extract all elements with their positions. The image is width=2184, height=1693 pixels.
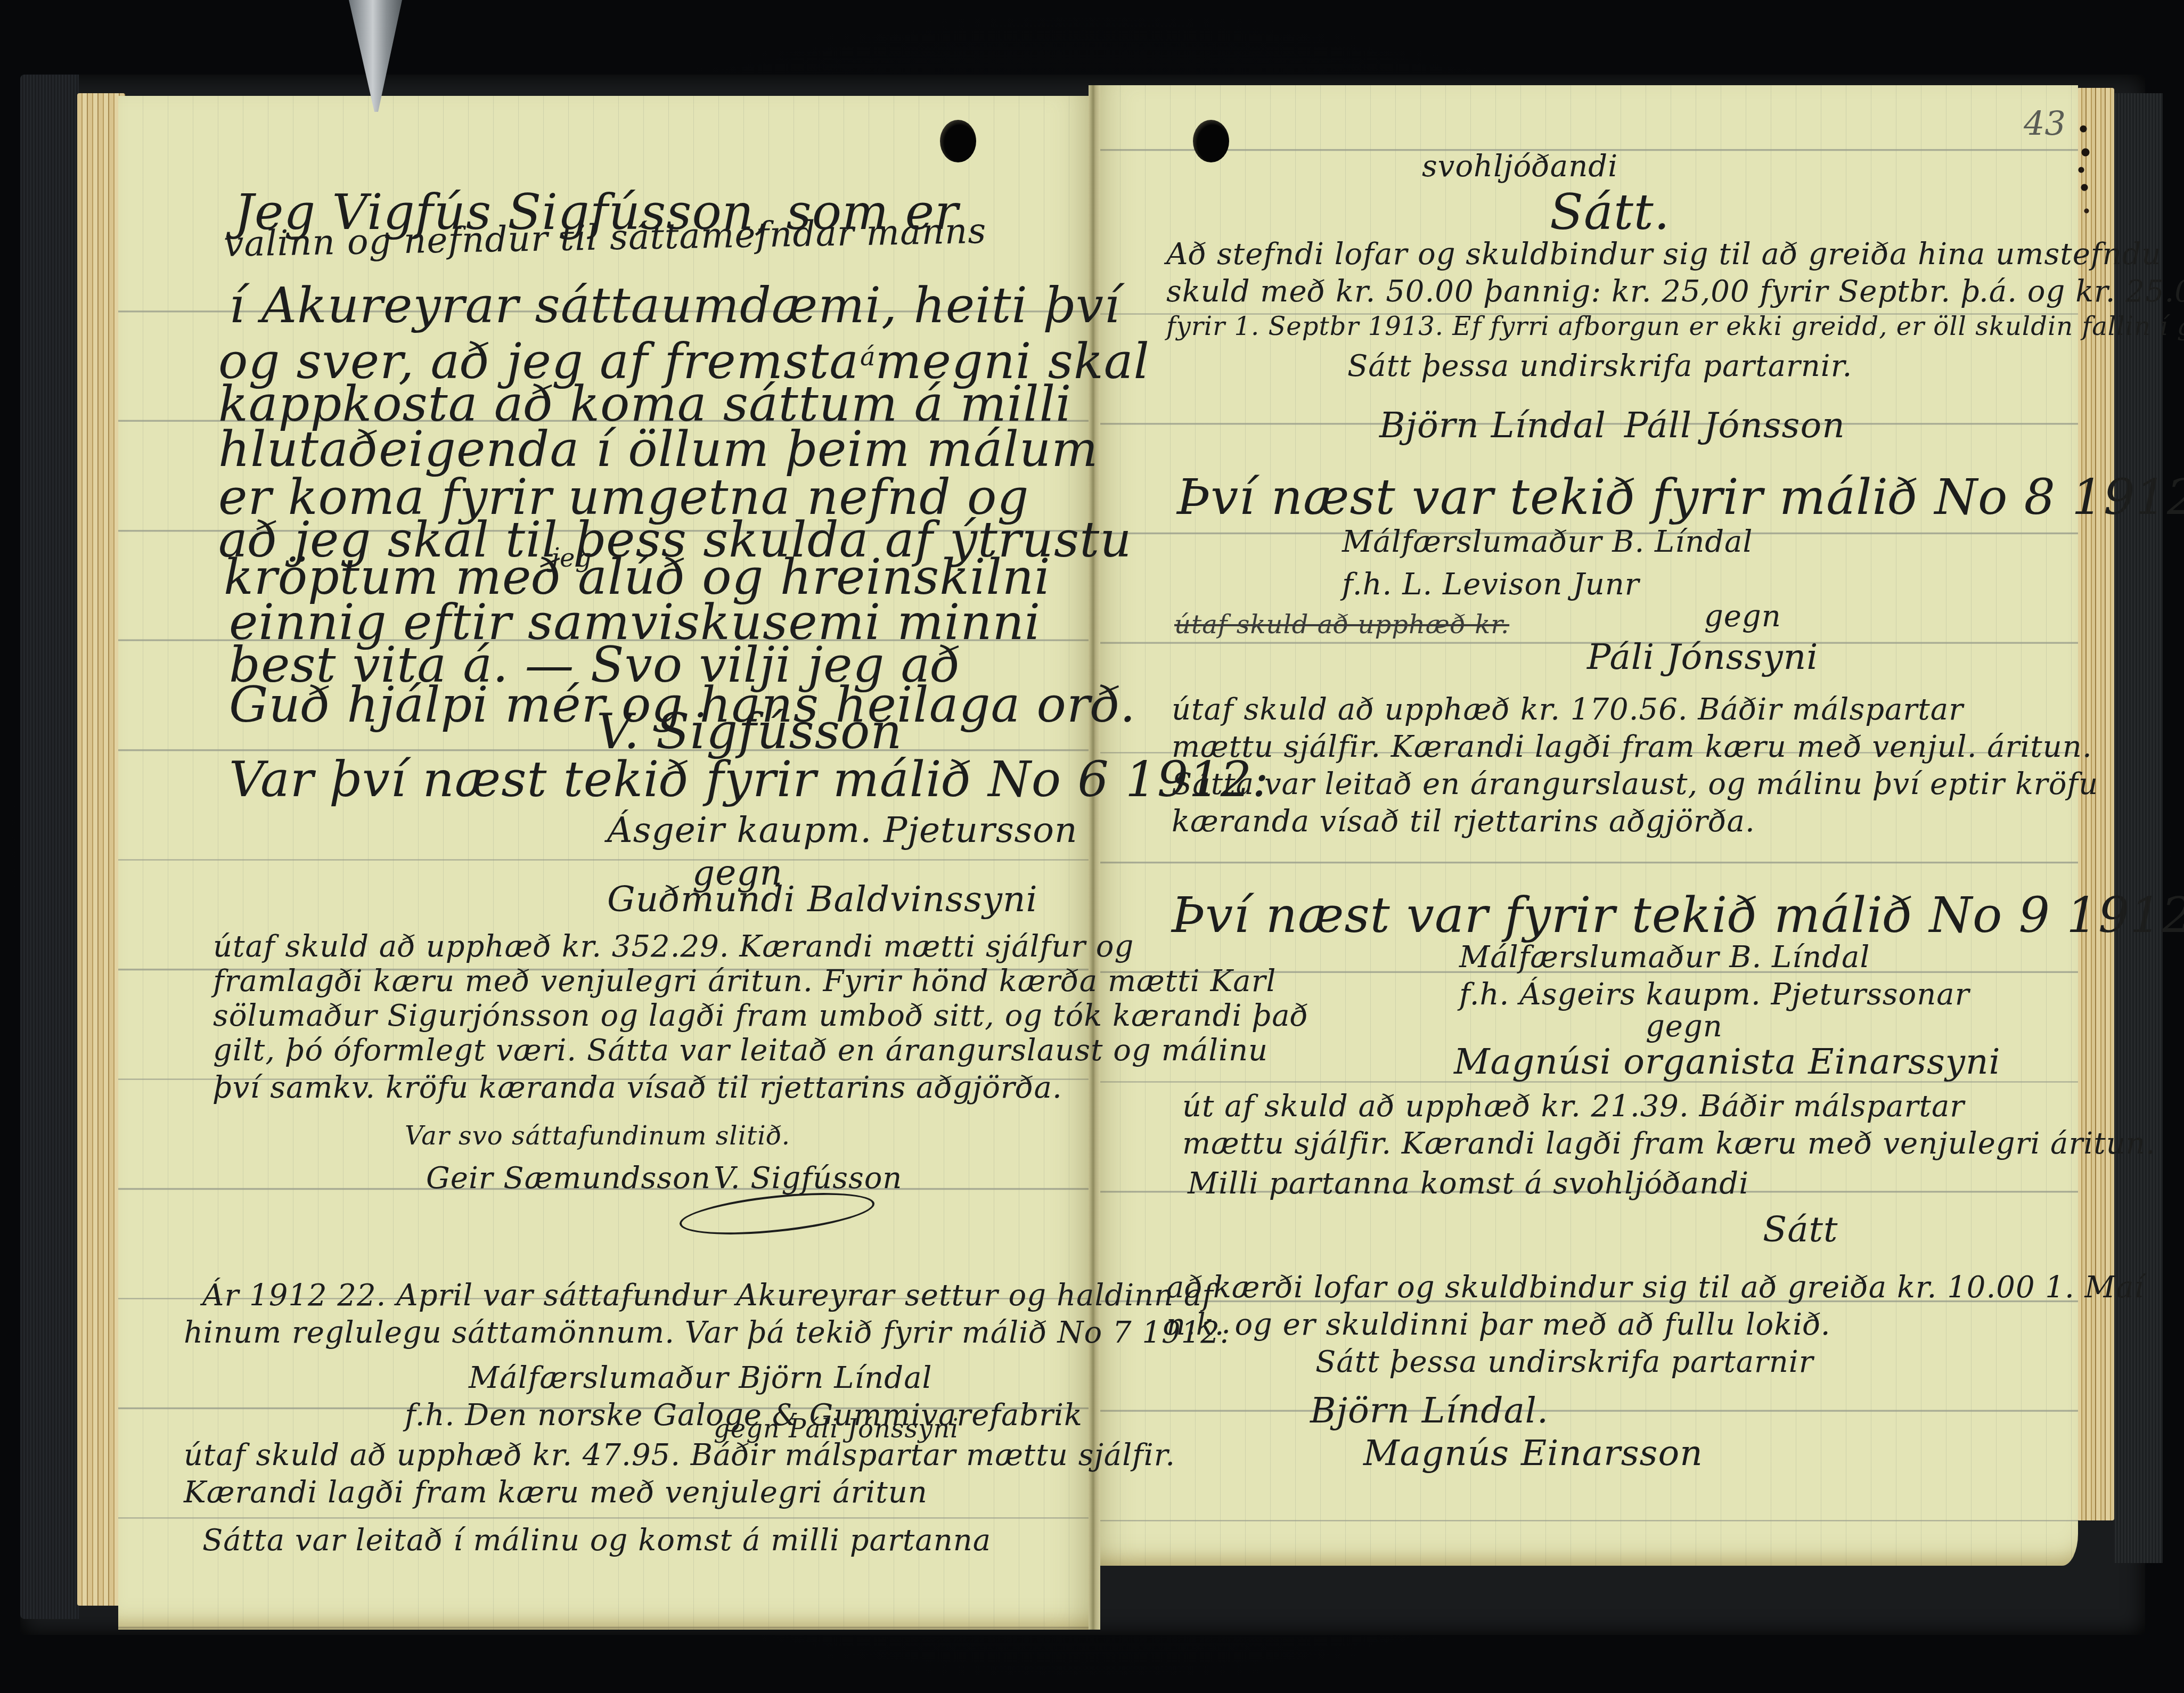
book-cover-left-edge [20,75,79,1619]
case9-signature: Björn Líndal. [1310,1390,1549,1431]
case6-body-line: því samkv. kröfu kæranda vísað til rjett… [213,1070,1062,1105]
case8-defendant: Páli Jónssyni [1587,636,1818,677]
case6-heading: Var því næst tekið fyrir málið No 6 1912… [229,751,1269,808]
case6-closing: Var svo sáttafundinum slitið. [405,1121,790,1151]
session-line: hinum reglulegu sáttamönnum. Var þá teki… [184,1315,1231,1350]
case8-heading: Því næst var tekið fyrir málið No 8 1912… [1177,469,2184,526]
oath-interlinear: jeg [551,543,592,573]
case6-signature: Geir Sæmundsson [426,1161,711,1196]
oath-interlinear: á [860,342,876,372]
case8-plaintiff: Málfærslumaður B. Líndal [1342,525,1753,559]
case7-body-line: Kærandi lagði fram kæru með venjulegri á… [184,1475,928,1510]
case8-body-line: útaf skuld að upphæð kr. 170.56. Báðir m… [1172,692,1964,727]
case6-plaintiff: Ásgeir kaupm. Pjetursson [607,809,1078,850]
case6-body-line: framlagði kæru með venjulegri áritun. Fy… [213,964,1276,999]
case9-closing: Sátt þessa undirskrifa partarnir [1315,1345,1814,1379]
page-edge-stains [2077,117,2098,234]
settlement-line: skuld með kr. 50.00 þannig: kr. 25,00 fy… [1166,274,2184,309]
case6-body-line: gilt, þó óformlegt væri. Sátta var leita… [213,1033,1268,1068]
settlement-line: Að stefndi lofar og skuldbindur sig til … [1166,237,2162,272]
case8-body-line: kæranda vísað til rjettarins aðgjörða. [1172,804,1755,839]
case6-body-line: sölumaður Sigurjónsson og lagði fram umb… [213,999,1308,1033]
case9-heading: Því næst var fyrir tekið málið No 9 1912… [1172,887,2184,944]
case9-body-line: út af skuld að upphæð kr. 21.39. Báðir m… [1182,1089,1965,1124]
case6-body-line: útaf skuld að upphæð kr. 352.29. Kærandi… [213,929,1134,964]
scanned-ledger: 43 Jeg Vigfús Sigfússon, som er valinn o… [0,0,2184,1693]
case9-body-line: Milli partanna komst á svohljóðandi [1188,1166,1749,1201]
case8-body-line: mættu sjálfir. Kærandi lagði fram kæru m… [1172,730,2092,764]
case7-plaintiff: Málfærslumaður Björn Líndal [469,1361,933,1395]
case6-signature: V. Sigfússon [714,1161,902,1196]
settlement-line: fyrir 1. Septbr 1913. Ef fyrri afborgun … [1166,312,2184,341]
settlement-closing: Sátt þessa undirskrifa partarnir. [1347,349,1852,383]
case7-body-line: Sátta var leitað í málinu og komst á mil… [202,1523,991,1558]
result-label: svohljóðandi [1422,149,1618,184]
case6-defendant: Guðmundi Baldvinssyni [607,879,1038,920]
case9-settlement-line: n.k. og er skuldinni þar með að fullu lo… [1166,1307,1831,1342]
session-line: Ár 1912 22. April var sáttafundur Akurey… [202,1278,1214,1313]
settlement-heading: Sátt. [1550,184,1670,241]
case8-body-line: Sátta var leitað en árangurslaust, og má… [1172,767,2098,801]
case8-struck-line: útaf skuld að upphæð kr. [1174,610,1509,640]
case9-plaintiff: Málfærslumaður B. Líndal [1459,940,1870,975]
case9-versus: gegn [1646,1009,1723,1044]
case7-signature: Björn Líndal [1379,405,1606,446]
page-number: 43 [2024,104,2066,143]
case7-body-line: útaf skuld að upphæð kr. 47.95. Báðir má… [184,1438,1175,1473]
case9-defendant: Magnúsi organista Einarssyni [1454,1041,2001,1082]
case9-signature: Magnús Einarsson [1363,1433,1703,1474]
case7-signature: Páll Jónsson [1624,405,1845,446]
case9-settlement-heading: Sátt [1763,1209,1838,1250]
punch-hole-left [940,120,976,162]
case8-versus: gegn [1704,599,1781,634]
case8-on-behalf: f.h. L. Levison Junr [1342,567,1640,602]
case9-body-line: mættu sjálfir. Kærandi lagði fram kæru m… [1182,1126,2156,1161]
case9-settlement-line: að kærði lofar og skuldbindur sig til að… [1166,1270,2144,1305]
oath-line: í Akureyrar sáttaumdæmi, heiti því [229,277,1120,334]
case9-on-behalf: f.h. Ásgeirs kaupm. Pjeturssonar [1459,977,1969,1012]
punch-hole-right [1193,120,1229,162]
